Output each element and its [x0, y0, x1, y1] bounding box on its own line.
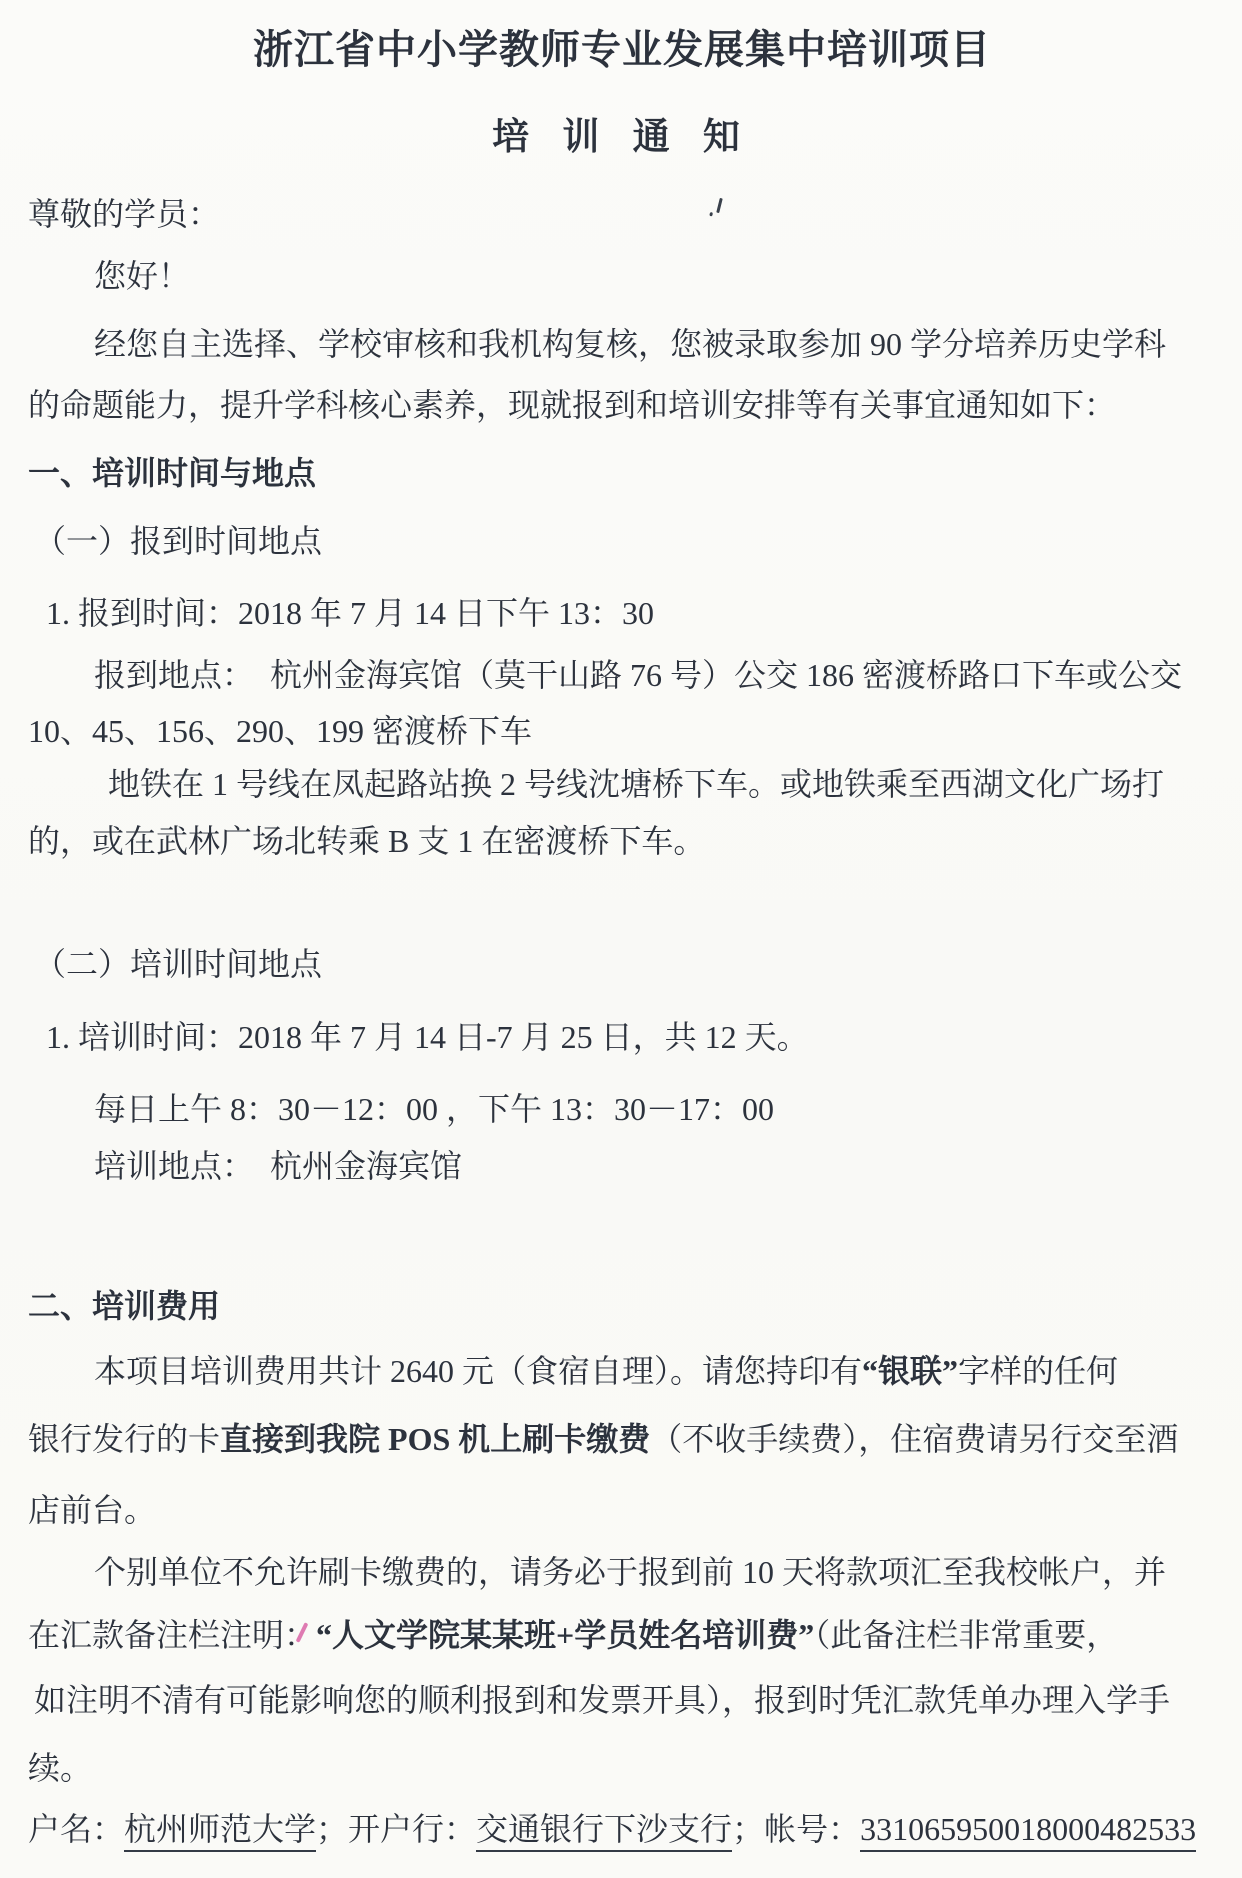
fee-line-2-seg-1: 银行发行的卡 — [28, 1421, 220, 1457]
salutation-line: 尊敬的学员： — [28, 196, 1216, 233]
metro-line-2: 的，或在武林广场北转乘 B 支 1 在密渡桥下车。 — [28, 823, 1216, 860]
account-name-label: 户名： — [28, 1811, 124, 1847]
subsection-1-heading: （一）报到时间地点 — [28, 523, 1216, 560]
remittance-line-3: 如注明不清有可能影响您的顺利报到和发票开具），报到时凭汇款凭单办理入学手 — [28, 1682, 1216, 1719]
section-1-heading: 一、培训时间与地点 — [28, 455, 1216, 492]
scanned-notice-document: 浙江省中小学教师专业发展集中培训项目 培 训 通 知 尊敬的学员： 您好！ 经您… — [0, 0, 1242, 1878]
document-subtitle: 培 训 通 知 — [28, 114, 1216, 162]
intro-line-1: 经您自主选择、学校审核和我机构复核，您被录取参加 90 学分培养历史学科 — [28, 326, 1216, 363]
fee-line-2: 银行发行的卡直接到我院 POS 机上刷卡缴费（不收手续费），住宿费请另行交至酒 — [28, 1421, 1216, 1458]
remittance-line-4: 续。 — [28, 1750, 1216, 1787]
training-time-line: 1. 培训时间：2018 年 7 月 14 日-7 月 25 日，共 12 天。 — [28, 1019, 1216, 1056]
report-time-line: 1. 报到时间：2018 年 7 月 14 日下午 13：30 — [28, 595, 1216, 632]
account-number-label: ；帐号： — [732, 1811, 860, 1847]
fee-line-1: 本项目培训费用共计 2640 元（食宿自理）。请您持印有“银联”字样的任何 — [28, 1353, 1216, 1390]
fee-line-1-seg-2-unionpay: “银联” — [862, 1353, 958, 1389]
training-place-line: 培训地点： 杭州金海宾馆 — [28, 1148, 1216, 1185]
account-line: 户名：杭州师范大学；开户行：交通银行下沙支行；帐号：33106595001800… — [28, 1811, 1216, 1848]
report-place-line-1: 报到地点： 杭州金海宾馆（莫干山路 76 号）公交 186 密渡桥路口下车或公交 — [28, 657, 1216, 694]
intro-line-2: 的命题能力，提升学科核心素养，现就报到和培训安排等有关事宜通知如下： — [28, 387, 1216, 424]
account-name-value: 杭州师范大学 — [124, 1811, 316, 1852]
fee-line-3: 店前台。 — [28, 1492, 1216, 1529]
greeting-line: 您好！ — [28, 258, 1216, 295]
fee-line-1-seg-1: 本项目培训费用共计 2640 元（食宿自理）。请您持印有 — [94, 1353, 862, 1389]
account-number-value: 331065950018000482533 — [860, 1811, 1196, 1852]
fee-line-2-seg-3: （不收手续费），住宿费请另行交至酒 — [650, 1421, 1178, 1457]
metro-line-1: 地铁在 1 号线在凤起路站换 2 号线沈塘桥下车。或地铁乘至西湖文化广场打 — [28, 766, 1216, 803]
remittance-line-2-seg-1: 在汇款备注栏注明： — [28, 1617, 316, 1653]
remittance-line-1: 个别单位不允许刷卡缴费的，请务必于报到前 10 天将款项汇至我校帐户，并 — [28, 1554, 1216, 1591]
fee-line-1-seg-3: 字样的任何 — [958, 1353, 1118, 1389]
fee-line-2-seg-2-pos-payment: 直接到我院 POS 机上刷卡缴费 — [220, 1421, 650, 1457]
remittance-line-2: 在汇款备注栏注明：“人文学院某某班+学员姓名培训费”（此备注栏非常重要， — [28, 1617, 1216, 1654]
section-2-heading: 二、培训费用 — [28, 1288, 1216, 1325]
report-place-line-2: 10、45、156、290、199 密渡桥下车 — [28, 713, 1216, 750]
account-bank-label: ；开户行： — [316, 1811, 476, 1847]
remittance-line-2-seg-2-memo: “人文学院某某班+学员姓名培训费” — [316, 1617, 814, 1653]
subsection-2-heading: （二）培训时间地点 — [28, 946, 1216, 983]
document-title: 浙江省中小学教师专业发展集中培训项目 — [28, 26, 1216, 74]
daily-hours-line: 每日上午 8：30－12：00 ，下午 13：30－17：00 — [28, 1091, 1216, 1128]
account-bank-value: 交通银行下沙支行 — [476, 1811, 732, 1852]
remittance-line-2-seg-3: （此备注栏非常重要， — [814, 1617, 1118, 1653]
